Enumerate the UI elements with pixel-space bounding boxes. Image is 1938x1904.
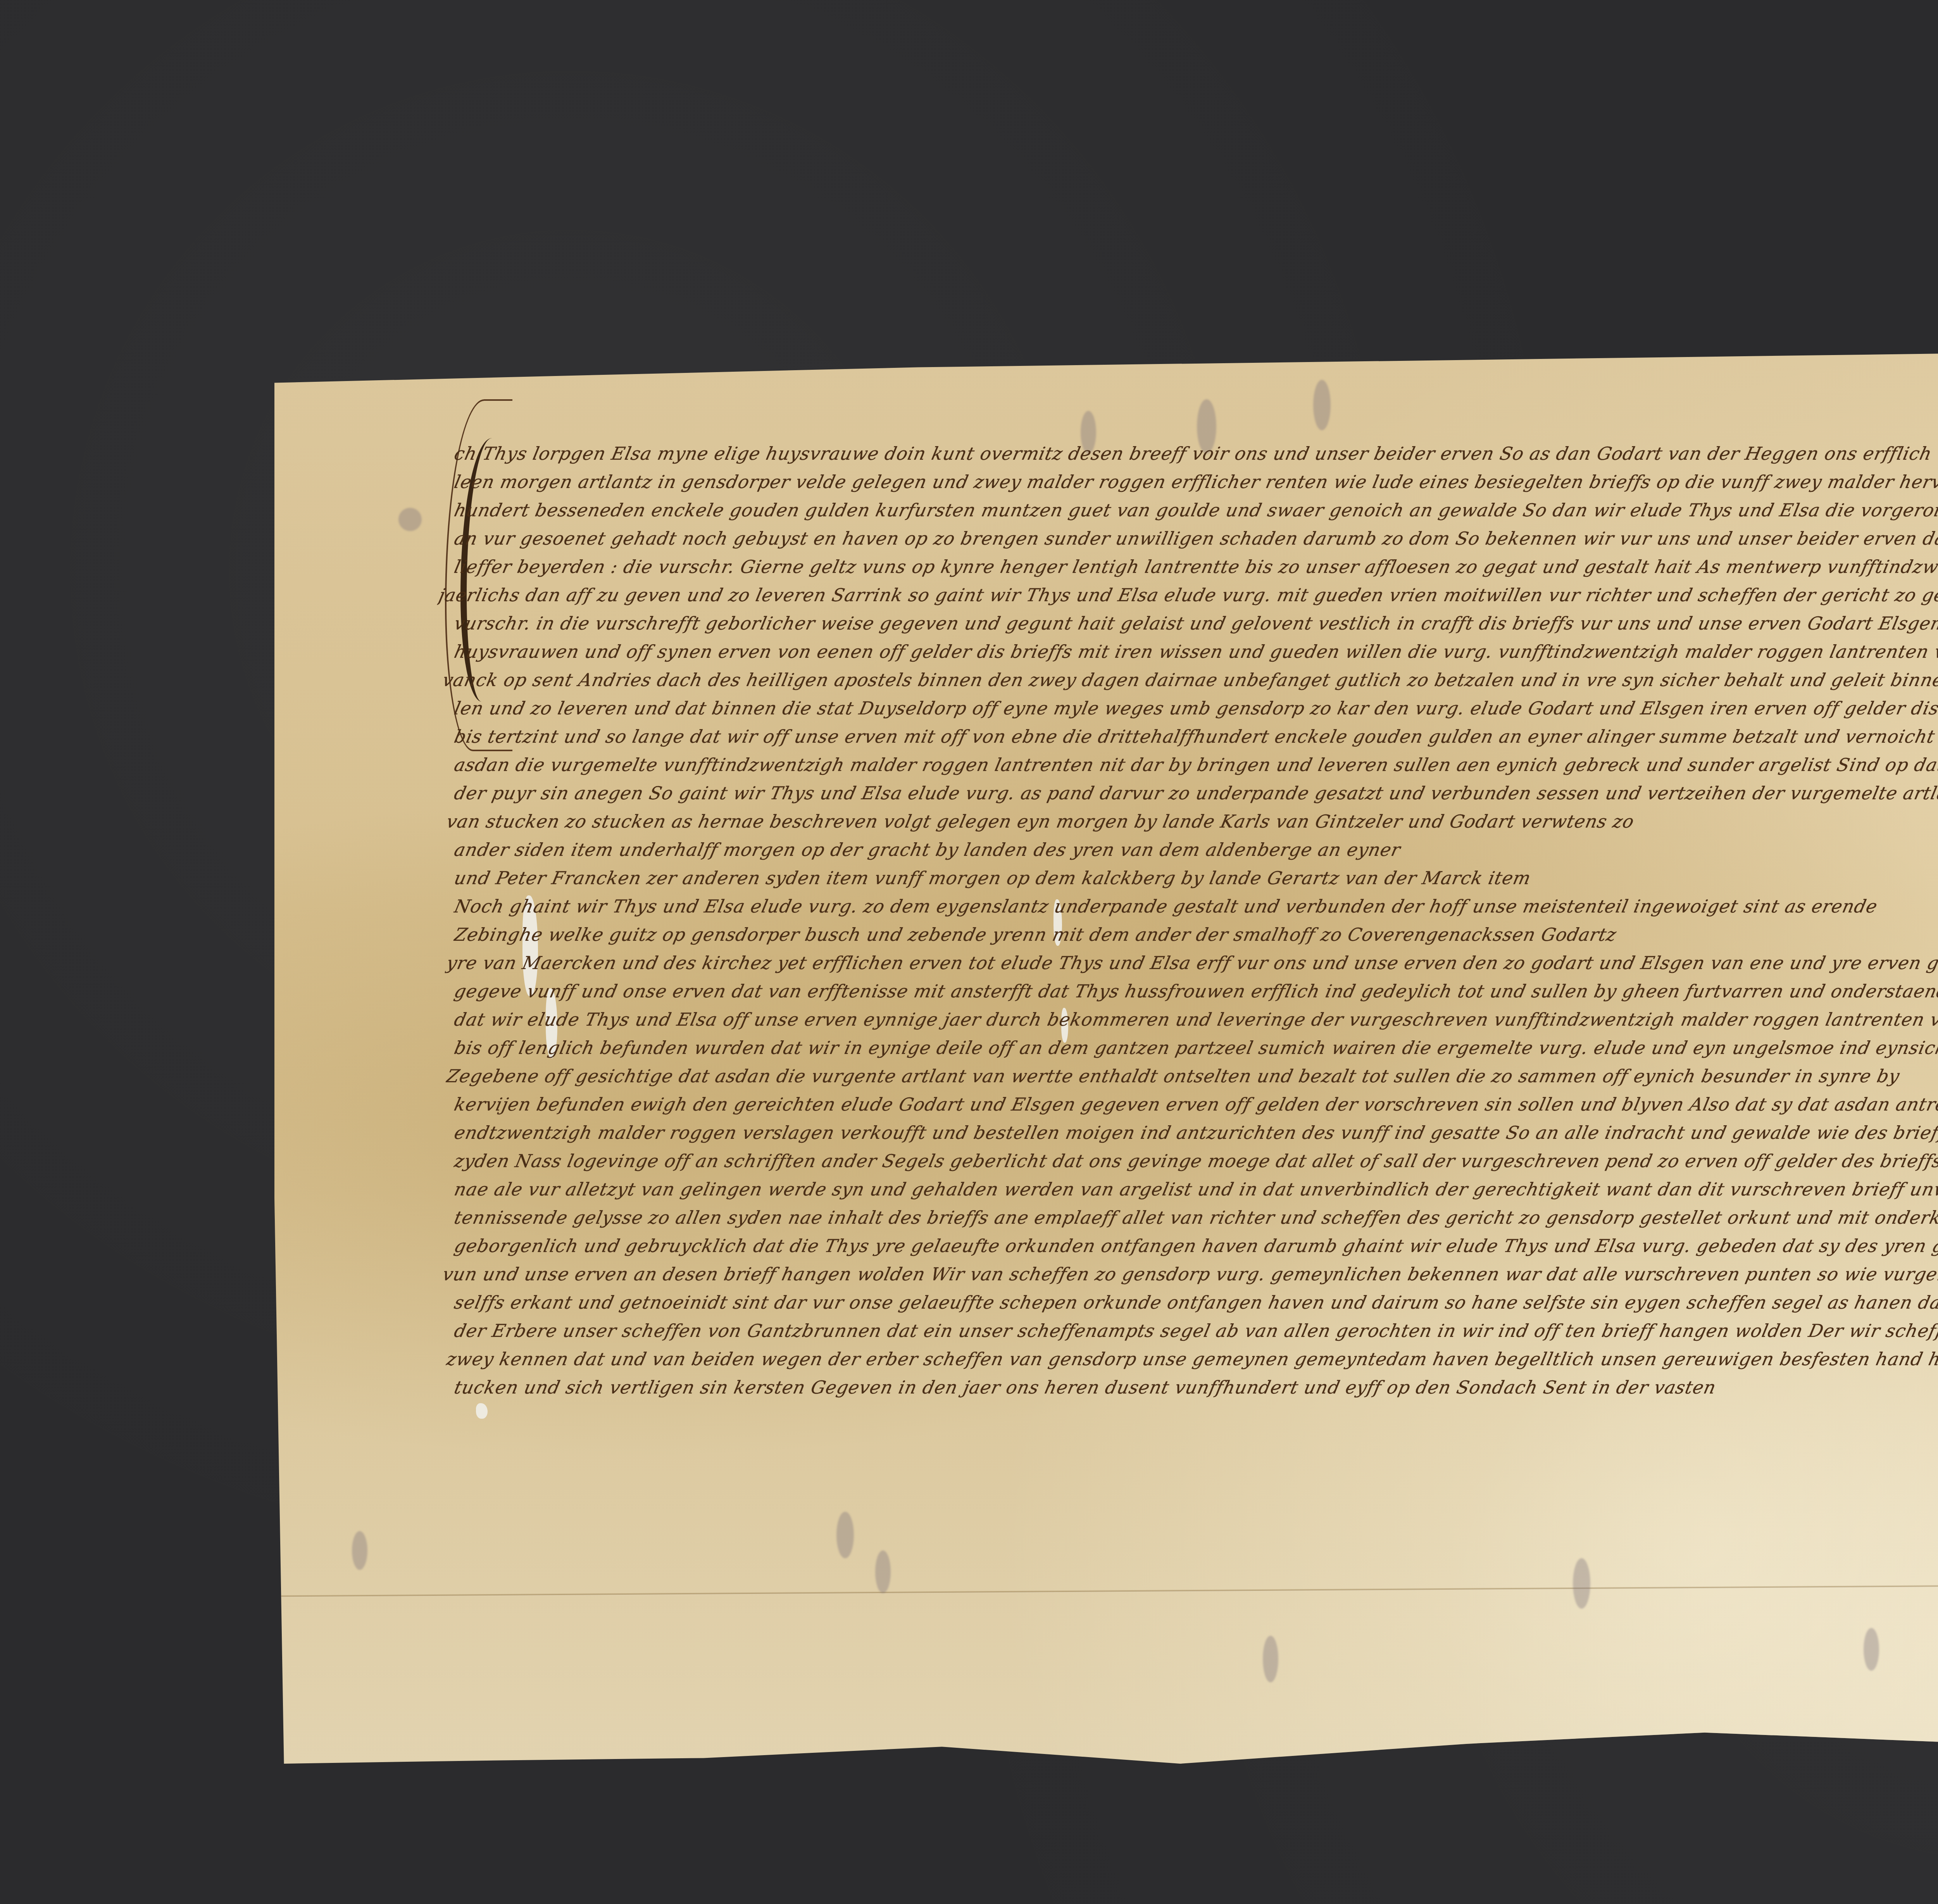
text-line: tennissende gelysse zo allen syden nae i… <box>452 1206 1938 1229</box>
text-line: vurschr. in die vurschrefft geborlicher … <box>452 612 1938 635</box>
text-line: dat wir elude Thys und Elsa off unse erv… <box>452 1008 1938 1031</box>
stain <box>875 1550 891 1593</box>
stain <box>1573 1558 1590 1609</box>
text-line: zwey kennen dat und van beiden wegen der… <box>445 1347 1938 1371</box>
text-line: lieffer beyerden : die vurschr. Gierne g… <box>452 555 1938 578</box>
text-line: selffs erkant und getnoeinidt sint dar v… <box>452 1291 1938 1314</box>
text-line: Zegebene off gesichtige dat asdan die vu… <box>445 1064 1938 1088</box>
text-line: van stucken zo stucken as hernae beschre… <box>445 810 1938 833</box>
stain <box>1864 1628 1879 1671</box>
fold-crease <box>274 1580 1938 1597</box>
text-line: geborgenlich und gebruycklich dat die Th… <box>452 1234 1938 1257</box>
text-line: vun und unse erven an desen brieff hange… <box>441 1262 1938 1286</box>
text-line: yre van Maercken und des kirchez yet erf… <box>445 951 1938 974</box>
parchment-charter: ch Thys lorpgen Elsa myne elige huysvrau… <box>274 349 1938 1764</box>
text-line: an vur gesoenet gehadt noch gebuyst en h… <box>452 527 1938 550</box>
text-line: gegeve vunff und onse erven dat van erff… <box>452 980 1938 1003</box>
text-line: jaerlichs dan aff zu geven und zo levere… <box>437 583 1938 607</box>
text-line: Noch ghaint wir Thys und Elsa elude vurg… <box>452 895 1938 918</box>
text-line: hundert besseneden enckele gouden gulden… <box>452 498 1938 522</box>
stain <box>1263 1636 1278 1682</box>
text-line: vanck op sent Andries dach des heilligen… <box>441 668 1938 692</box>
text-line: zyden Nass logevinge off an schrifften a… <box>452 1149 1938 1173</box>
text-line: und Peter Francken zer anderen syden ite… <box>452 866 1938 890</box>
text-line: len und zo leveren und dat binnen die st… <box>452 697 1938 720</box>
stain <box>836 1512 854 1558</box>
text-line: ander siden item underhalff morgen op de… <box>452 838 1938 861</box>
text-line: endtzwentzigh malder roggen verslagen ve… <box>452 1121 1938 1144</box>
text-line: Zebinghe welke guitz op gensdorper busch… <box>452 923 1938 946</box>
text-line: der Erbere unser scheffen von Gantzbrunn… <box>452 1319 1938 1342</box>
stain <box>1313 380 1331 430</box>
stain <box>398 508 422 531</box>
text-line: huysvrauwen und off synen erven von eene… <box>452 640 1938 663</box>
text-line: ch Thys lorpgen Elsa myne elige huysvrau… <box>452 442 1938 465</box>
parchment-tear <box>476 1403 488 1419</box>
text-line: bis tertzint und so lange dat wir off un… <box>452 725 1938 748</box>
text-line: leen morgen artlantz in gensdorper velde… <box>452 470 1938 493</box>
text-line: der puyr sin anegen So gaint wir Thys un… <box>452 781 1938 805</box>
stain <box>352 1531 367 1570</box>
text-line: tucken und sich vertligen sin kersten Ge… <box>452 1376 1938 1399</box>
text-line: bis off lenglich befunden wurden dat wir… <box>452 1036 1938 1059</box>
text-line: nae ale vur alletzyt van gelingen werde … <box>452 1178 1938 1201</box>
text-line: kervijen befunden ewigh den gereichten e… <box>452 1093 1938 1116</box>
text-line: asdan die vurgemelte vunfftindzwentzigh … <box>452 753 1938 776</box>
